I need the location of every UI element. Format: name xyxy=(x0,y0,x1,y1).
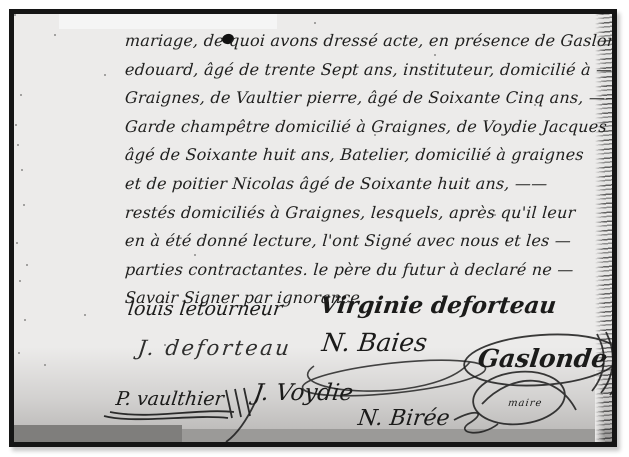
handwritten-line-6: et de poitier Nicolas âgé de Soixante hu… xyxy=(124,170,607,199)
signature-louis-letourneur: louis letourneur xyxy=(127,298,284,320)
handwritten-line-5: âgé de Soixante huit ans, Batelier, domi… xyxy=(124,141,607,170)
handwritten-line-4: Garde champêtre domicilié à Graignes, de… xyxy=(124,113,607,142)
document-scan-frame: mariage, de quoi avons dressé acte, en p… xyxy=(9,9,617,447)
handwritten-line-9: parties contractantes. le père du futur … xyxy=(124,256,607,285)
signature-maire-annotation: maire xyxy=(507,398,543,409)
signature-gaslonde: Gaslonde xyxy=(476,344,609,373)
scan-noise-speckles xyxy=(14,14,16,16)
handwritten-line-1: mariage, de quoi avons dressé acte, en p… xyxy=(124,27,607,56)
signature-j-deforteau: J. deforteau xyxy=(137,336,293,360)
signature-virginie-deforteau: Virginie deforteau xyxy=(318,292,557,319)
handwritten-line-2: edouard, âgé de trente Sept ans, institu… xyxy=(124,56,607,85)
signature-n-baies: N. Baies xyxy=(320,328,429,357)
handwritten-line-8: en à été donné lecture, l'ont Signé avec… xyxy=(124,227,607,256)
signature-j-voydie: J. Voydie xyxy=(252,380,354,406)
scan-bottom-band-dark xyxy=(14,425,182,442)
paper-background: mariage, de quoi avons dressé acte, en p… xyxy=(14,14,612,442)
handwritten-line-7: restés domiciliés à Graignes, lesquels, … xyxy=(124,199,607,228)
signature-n-biree: N. Birée xyxy=(356,406,451,431)
signature-p-vaulthier: P. vaulthier xyxy=(115,388,225,410)
handwritten-text-block: mariage, de quoi avons dressé acte, en p… xyxy=(14,27,612,313)
handwritten-line-3: Graignes, de Vaultier pierre, âgé de Soi… xyxy=(124,84,607,113)
